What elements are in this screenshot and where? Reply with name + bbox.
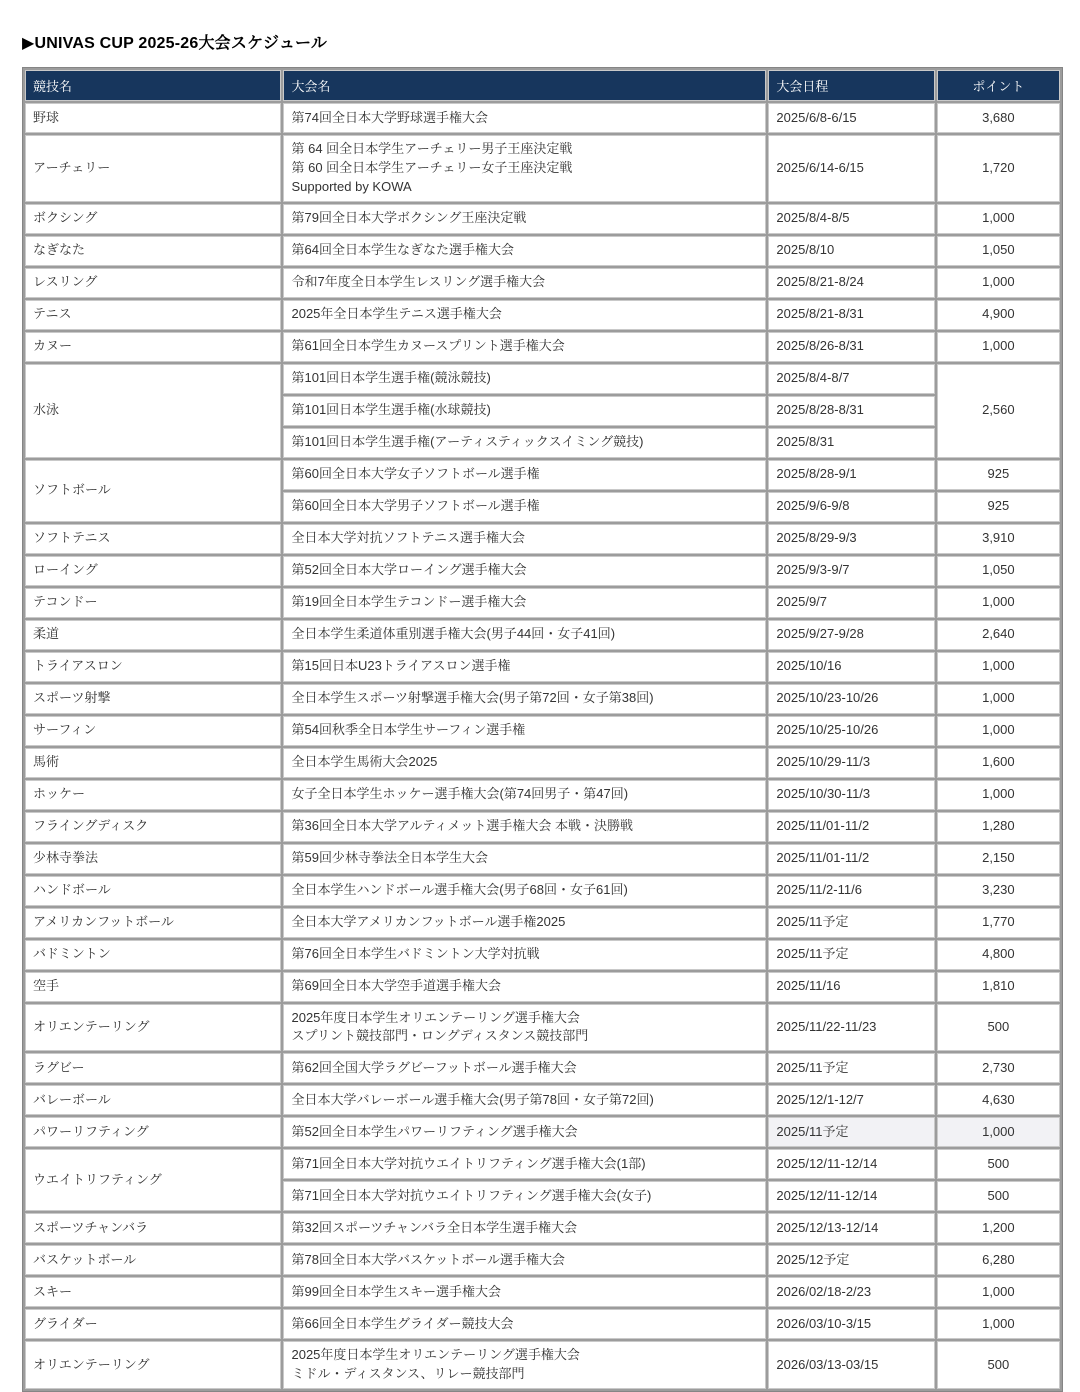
sport-cell: ハンドボール [25, 876, 281, 906]
event-name-cell: 第78回全日本大学バスケットボール選手権大会 [283, 1245, 766, 1275]
event-name-cell: 第74回全日本大学野球選手権大会 [283, 103, 766, 133]
points-cell: 925 [937, 460, 1060, 490]
points-cell: 1,000 [937, 204, 1060, 234]
header-row: 競技名 大会名 大会日程 ポイント [25, 70, 1060, 101]
points-cell: 1,770 [937, 908, 1060, 938]
date-cell: 2025/8/29-9/3 [768, 524, 934, 554]
points-cell: 1,810 [937, 972, 1060, 1002]
points-cell: 1,000 [937, 268, 1060, 298]
date-cell: 2025/6/8-6/15 [768, 103, 934, 133]
sport-cell: グライダー [25, 1309, 281, 1339]
event-name-cell: 第62回全国大学ラグビーフットボール選手権大会 [283, 1053, 766, 1083]
event-name-cell: 第101回日本学生選手権(競泳競技) [283, 364, 766, 394]
event-name-cell: 第66回全日本学生グライダー競技大会 [283, 1309, 766, 1339]
table-row: オリエンテーリング2025年度日本学生オリエンテーリング選手権大会 スプリント競… [25, 1004, 1060, 1052]
points-cell: 1,000 [937, 684, 1060, 714]
table-row: 空手第69回全日本大学空手道選手権大会2025/11/161,810 [25, 972, 1060, 1002]
points-cell: 1,720 [937, 135, 1060, 202]
header-event: 大会名 [283, 70, 766, 101]
date-cell: 2025/11/2-11/6 [768, 876, 934, 906]
event-name-cell: 第32回スポーツチャンバラ全日本学生選手権大会 [283, 1213, 766, 1243]
table-row: ローイング第52回全日本大学ローイング選手権大会2025/9/3-9/71,05… [25, 556, 1060, 586]
points-cell: 2,730 [937, 1053, 1060, 1083]
table-row: バドミントン第76回全日本学生バドミントン大学対抗戦2025/11予定4,800 [25, 940, 1060, 970]
sport-cell: スポーツチャンバラ [25, 1213, 281, 1243]
date-cell: 2025/10/16 [768, 652, 934, 682]
date-cell: 2025/9/27-9/28 [768, 620, 934, 650]
points-cell: 925 [937, 492, 1060, 522]
date-cell: 2025/6/14-6/15 [768, 135, 934, 202]
table-row: スキー第99回全日本学生スキー選手権大会2026/02/18-2/231,000 [25, 1277, 1060, 1307]
sport-cell: ラグビー [25, 1053, 281, 1083]
table-row: 馬術全日本学生馬術大会20252025/10/29-11/31,600 [25, 748, 1060, 778]
event-name-cell: 第60回全日本大学男子ソフトボール選手権 [283, 492, 766, 522]
event-name-cell: 全日本大学バレーボール選手権大会(男子第78回・女子第72回) [283, 1085, 766, 1115]
date-cell: 2025/11/22-11/23 [768, 1004, 934, 1052]
sport-cell: 水泳 [25, 364, 281, 458]
points-cell: 1,000 [937, 1309, 1060, 1339]
points-cell: 1,050 [937, 236, 1060, 266]
table-row: テコンドー第19回全日本学生テコンドー選手権大会2025/9/71,000 [25, 588, 1060, 618]
date-cell: 2025/11予定 [768, 940, 934, 970]
sport-cell: ローイング [25, 556, 281, 586]
sport-cell: なぎなた [25, 236, 281, 266]
table-row: レスリング令和7年度全日本学生レスリング選手権大会2025/8/21-8/241… [25, 268, 1060, 298]
event-name-cell: 2025年度日本学生オリエンテーリング選手権大会 スプリント競技部門・ロングディ… [283, 1004, 766, 1052]
table-row: スポーツチャンバラ第32回スポーツチャンバラ全日本学生選手権大会2025/12/… [25, 1213, 1060, 1243]
date-cell: 2025/11/16 [768, 972, 934, 1002]
event-name-cell: 第99回全日本学生スキー選手権大会 [283, 1277, 766, 1307]
date-cell: 2025/12/13-12/14 [768, 1213, 934, 1243]
date-cell: 2025/9/7 [768, 588, 934, 618]
header-sport: 競技名 [25, 70, 281, 101]
event-name-cell: 第 64 回全日本学生アーチェリー男子王座決定戦 第 60 回全日本学生アーチェ… [283, 135, 766, 202]
sport-cell: ウエイトリフティング [25, 1149, 281, 1211]
sport-cell: オリエンテーリング [25, 1004, 281, 1052]
event-name-cell: 第61回全日本学生カヌースプリント選手権大会 [283, 332, 766, 362]
table-row: バスケットボール第78回全日本大学バスケットボール選手権大会2025/12予定6… [25, 1245, 1060, 1275]
sport-cell: テニス [25, 300, 281, 330]
event-name-cell: 全日本大学対抗ソフトテニス選手権大会 [283, 524, 766, 554]
sport-cell: トライアスロン [25, 652, 281, 682]
event-name-cell: 第60回全日本大学女子ソフトボール選手権 [283, 460, 766, 490]
points-cell: 2,640 [937, 620, 1060, 650]
points-cell: 3,680 [937, 103, 1060, 133]
header-date: 大会日程 [768, 70, 934, 101]
header-points: ポイント [937, 70, 1060, 101]
date-cell: 2025/8/4-8/7 [768, 364, 934, 394]
sport-cell: バドミントン [25, 940, 281, 970]
table-row: 柔道全日本学生柔道体重別選手権大会(男子44回・女子41回)2025/9/27-… [25, 620, 1060, 650]
date-cell: 2025/10/25-10/26 [768, 716, 934, 746]
date-cell: 2026/03/10-3/15 [768, 1309, 934, 1339]
sport-cell: 野球 [25, 103, 281, 133]
sport-cell: アメリカンフットボール [25, 908, 281, 938]
sport-cell: アーチェリー [25, 135, 281, 202]
points-cell: 3,910 [937, 524, 1060, 554]
sport-cell: バレーボール [25, 1085, 281, 1115]
event-name-cell: 第69回全日本大学空手道選手権大会 [283, 972, 766, 1002]
date-cell: 2025/8/21-8/31 [768, 300, 934, 330]
event-name-cell: 令和7年度全日本学生レスリング選手権大会 [283, 268, 766, 298]
table-row: 少林寺拳法第59回少林寺拳法全日本学生大会2025/11/01-11/22,15… [25, 844, 1060, 874]
points-cell: 1,280 [937, 812, 1060, 842]
table-row: 水泳第101回日本学生選手権(競泳競技)2025/8/4-8/72,560 [25, 364, 1060, 394]
date-cell: 2025/11/01-11/2 [768, 844, 934, 874]
points-cell: 1,000 [937, 588, 1060, 618]
table-row: ウエイトリフティング第71回全日本大学対抗ウエイトリフティング選手権大会(1部)… [25, 1149, 1060, 1179]
event-name-cell: 2025年全日本学生テニス選手権大会 [283, 300, 766, 330]
sport-cell: カヌー [25, 332, 281, 362]
table-row: テニス2025年全日本学生テニス選手権大会2025/8/21-8/314,900 [25, 300, 1060, 330]
points-cell: 2,560 [937, 364, 1060, 458]
table-row: サーフィン第54回秋季全日本学生サーフィン選手権2025/10/25-10/26… [25, 716, 1060, 746]
date-cell: 2025/11予定 [768, 908, 934, 938]
sport-cell: 馬術 [25, 748, 281, 778]
sport-cell: スキー [25, 1277, 281, 1307]
page: ▶UNIVAS CUP 2025-26大会スケジュール 競技名 大会名 大会日程… [0, 0, 1080, 1392]
table-row: アーチェリー第 64 回全日本学生アーチェリー男子王座決定戦 第 60 回全日本… [25, 135, 1060, 202]
event-name-cell: 全日本学生柔道体重別選手権大会(男子44回・女子41回) [283, 620, 766, 650]
table-row: グライダー第66回全日本学生グライダー競技大会2026/03/10-3/151,… [25, 1309, 1060, 1339]
event-name-cell: 全日本学生馬術大会2025 [283, 748, 766, 778]
event-name-cell: 第15回日本U23トライアスロン選手権 [283, 652, 766, 682]
event-name-cell: 第71回全日本大学対抗ウエイトリフティング選手権大会(女子) [283, 1181, 766, 1211]
date-cell: 2025/10/23-10/26 [768, 684, 934, 714]
event-name-cell: 第59回少林寺拳法全日本学生大会 [283, 844, 766, 874]
points-cell: 4,630 [937, 1085, 1060, 1115]
sport-cell: フライングディスク [25, 812, 281, 842]
event-name-cell: 全日本学生ハンドボール選手権大会(男子68回・女子61回) [283, 876, 766, 906]
points-cell: 1,200 [937, 1213, 1060, 1243]
sport-cell: ソフトボール [25, 460, 281, 522]
table-row: フライングディスク第36回全日本大学アルティメット選手権大会 本戦・決勝戦202… [25, 812, 1060, 842]
event-name-cell: 第54回秋季全日本学生サーフィン選手権 [283, 716, 766, 746]
points-cell: 1,000 [937, 716, 1060, 746]
date-cell: 2025/8/4-8/5 [768, 204, 934, 234]
event-name-cell: 第52回全日本大学ローイング選手権大会 [283, 556, 766, 586]
points-cell: 1,050 [937, 556, 1060, 586]
points-cell: 500 [937, 1181, 1060, 1211]
event-name-cell: 第101回日本学生選手権(水球競技) [283, 396, 766, 426]
sport-cell: 少林寺拳法 [25, 844, 281, 874]
table-row: ラグビー第62回全国大学ラグビーフットボール選手権大会2025/11予定2,73… [25, 1053, 1060, 1083]
date-cell: 2025/11予定 [768, 1053, 934, 1083]
sport-cell: ソフトテニス [25, 524, 281, 554]
points-cell: 4,800 [937, 940, 1060, 970]
table-row: パワーリフティング第52回全日本学生パワーリフティング選手権大会2025/11予… [25, 1117, 1060, 1147]
sport-cell: テコンドー [25, 588, 281, 618]
table-row: なぎなた第64回全日本学生なぎなた選手権大会2025/8/101,050 [25, 236, 1060, 266]
date-cell: 2025/8/26-8/31 [768, 332, 934, 362]
date-cell: 2025/11予定 [768, 1117, 934, 1147]
sport-cell: 柔道 [25, 620, 281, 650]
event-name-cell: 第71回全日本大学対抗ウエイトリフティング選手権大会(1部) [283, 1149, 766, 1179]
date-cell: 2025/8/21-8/24 [768, 268, 934, 298]
points-cell: 6,280 [937, 1245, 1060, 1275]
event-name-cell: 女子全日本学生ホッケー選手権大会(第74回男子・第47回) [283, 780, 766, 810]
date-cell: 2026/02/18-2/23 [768, 1277, 934, 1307]
event-name-cell: 第101回日本学生選手権(アーティスティックスイミング競技) [283, 428, 766, 458]
event-name-cell: 第79回全日本大学ボクシング王座決定戦 [283, 204, 766, 234]
event-name-cell: 第36回全日本大学アルティメット選手権大会 本戦・決勝戦 [283, 812, 766, 842]
table-row: オリエンテーリング2025年度日本学生オリエンテーリング選手権大会 ミドル・ディ… [25, 1341, 1060, 1389]
table-row: トライアスロン第15回日本U23トライアスロン選手権2025/10/161,00… [25, 652, 1060, 682]
date-cell: 2025/12/11-12/14 [768, 1181, 934, 1211]
date-cell: 2025/12/11-12/14 [768, 1149, 934, 1179]
date-cell: 2025/10/30-11/3 [768, 780, 934, 810]
event-name-cell: 第52回全日本学生パワーリフティング選手権大会 [283, 1117, 766, 1147]
table-row: ボクシング第79回全日本大学ボクシング王座決定戦2025/8/4-8/51,00… [25, 204, 1060, 234]
table-row: ホッケー女子全日本学生ホッケー選手権大会(第74回男子・第47回)2025/10… [25, 780, 1060, 810]
points-cell: 1,600 [937, 748, 1060, 778]
points-cell: 1,000 [937, 780, 1060, 810]
page-title: ▶UNIVAS CUP 2025-26大会スケジュール [22, 30, 1063, 53]
date-cell: 2025/9/3-9/7 [768, 556, 934, 586]
points-cell: 4,900 [937, 300, 1060, 330]
date-cell: 2025/10/29-11/3 [768, 748, 934, 778]
points-cell: 1,000 [937, 1117, 1060, 1147]
sport-cell: ボクシング [25, 204, 281, 234]
sport-cell: ホッケー [25, 780, 281, 810]
points-cell: 500 [937, 1149, 1060, 1179]
sport-cell: バスケットボール [25, 1245, 281, 1275]
table-row: アメリカンフットボール全日本大学アメリカンフットボール選手権20252025/1… [25, 908, 1060, 938]
date-cell: 2025/11/01-11/2 [768, 812, 934, 842]
table-row: ソフトボール第60回全日本大学女子ソフトボール選手権2025/8/28-9/19… [25, 460, 1060, 490]
date-cell: 2025/12/1-12/7 [768, 1085, 934, 1115]
date-cell: 2025/9/6-9/8 [768, 492, 934, 522]
date-cell: 2025/12予定 [768, 1245, 934, 1275]
sport-cell: レスリング [25, 268, 281, 298]
event-name-cell: 第64回全日本学生なぎなた選手権大会 [283, 236, 766, 266]
date-cell: 2025/8/28-9/1 [768, 460, 934, 490]
points-cell: 1,000 [937, 652, 1060, 682]
event-name-cell: 第19回全日本学生テコンドー選手権大会 [283, 588, 766, 618]
points-cell: 500 [937, 1341, 1060, 1389]
sport-cell: オリエンテーリング [25, 1341, 281, 1389]
table-row: ソフトテニス全日本大学対抗ソフトテニス選手権大会2025/8/29-9/33,9… [25, 524, 1060, 554]
points-cell: 1,000 [937, 332, 1060, 362]
sport-cell: パワーリフティング [25, 1117, 281, 1147]
date-cell: 2025/8/10 [768, 236, 934, 266]
points-cell: 3,230 [937, 876, 1060, 906]
schedule-body: 野球第74回全日本大学野球選手権大会2025/6/8-6/153,680アーチェ… [25, 103, 1060, 1389]
schedule-table: 競技名 大会名 大会日程 ポイント 野球第74回全日本大学野球選手権大会2025… [22, 67, 1063, 1392]
date-cell: 2025/8/31 [768, 428, 934, 458]
date-cell: 2026/03/13-03/15 [768, 1341, 934, 1389]
event-name-cell: 全日本大学アメリカンフットボール選手権2025 [283, 908, 766, 938]
sport-cell: スポーツ射撃 [25, 684, 281, 714]
table-row: バレーボール全日本大学バレーボール選手権大会(男子第78回・女子第72回)202… [25, 1085, 1060, 1115]
date-cell: 2025/8/28-8/31 [768, 396, 934, 426]
event-name-cell: 2025年度日本学生オリエンテーリング選手権大会 ミドル・ディスタンス、リレー競… [283, 1341, 766, 1389]
points-cell: 2,150 [937, 844, 1060, 874]
table-row: カヌー第61回全日本学生カヌースプリント選手権大会2025/8/26-8/311… [25, 332, 1060, 362]
table-row: 野球第74回全日本大学野球選手権大会2025/6/8-6/153,680 [25, 103, 1060, 133]
points-cell: 500 [937, 1004, 1060, 1052]
sport-cell: 空手 [25, 972, 281, 1002]
table-row: ハンドボール全日本学生ハンドボール選手権大会(男子68回・女子61回)2025/… [25, 876, 1060, 906]
event-name-cell: 全日本学生スポーツ射撃選手権大会(男子第72回・女子第38回) [283, 684, 766, 714]
event-name-cell: 第76回全日本学生バドミントン大学対抗戦 [283, 940, 766, 970]
points-cell: 1,000 [937, 1277, 1060, 1307]
sport-cell: サーフィン [25, 716, 281, 746]
table-row: スポーツ射撃全日本学生スポーツ射撃選手権大会(男子第72回・女子第38回)202… [25, 684, 1060, 714]
